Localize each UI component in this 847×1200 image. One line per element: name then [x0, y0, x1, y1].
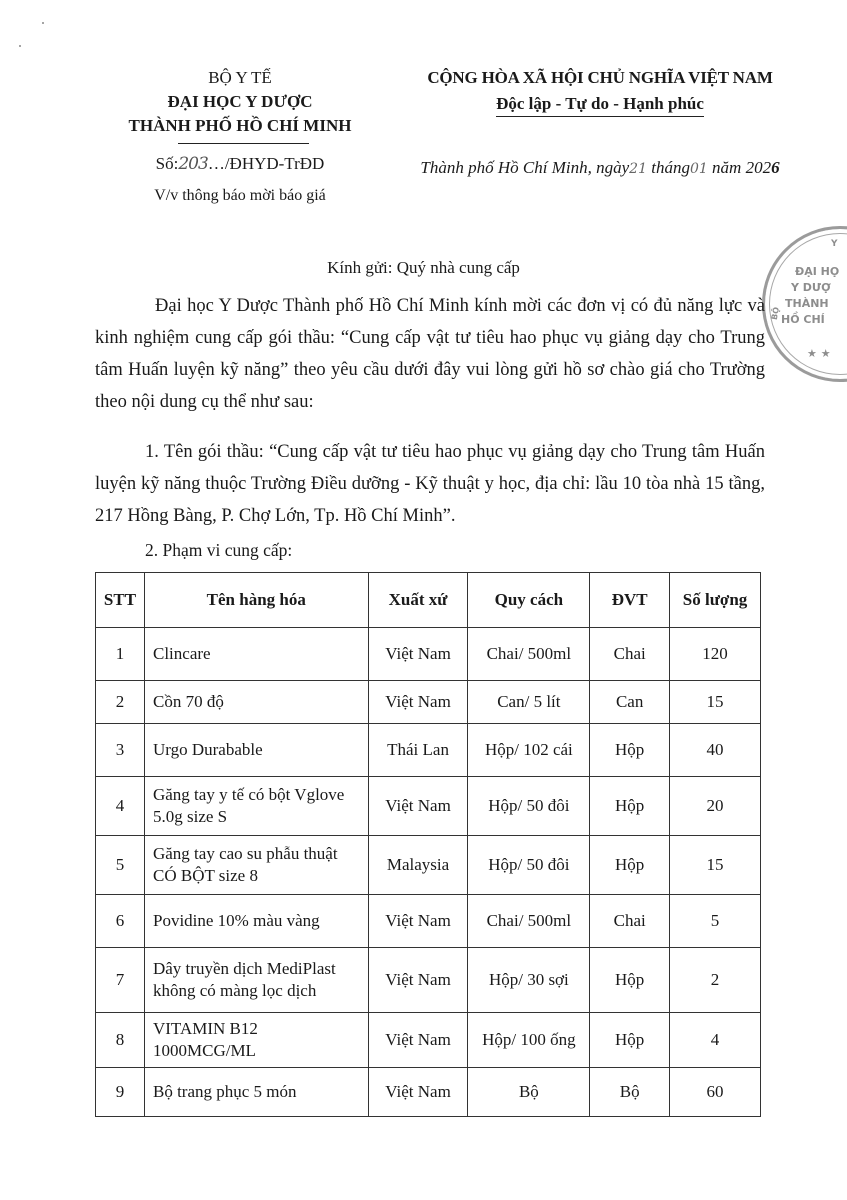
cell-unit: Bộ	[590, 1068, 670, 1117]
cell-stt: 9	[96, 1068, 145, 1117]
cell-origin: Việt Nam	[368, 628, 468, 681]
cell-origin: Việt Nam	[368, 1013, 468, 1068]
document-subject: V/v thông báo mời báo giá	[110, 187, 370, 205]
document-number-prefix: Số:	[156, 154, 179, 173]
intro-paragraph: Đại học Y Dược Thành phố Hồ Chí Minh kín…	[95, 290, 765, 418]
cell-quantity: 15	[670, 836, 761, 895]
cell-quantity: 20	[670, 777, 761, 836]
cell-origin: Việt Nam	[368, 681, 468, 724]
table-row: 3Urgo DurabableThái LanHộp/ 102 cáiHộp40	[96, 724, 761, 777]
cell-origin: Việt Nam	[368, 948, 468, 1013]
table-row: 4Găng tay y tế có bột Vglove 5.0g size S…	[96, 777, 761, 836]
cell-name: Găng tay cao su phẫu thuật CÓ BỘT size 8	[144, 836, 368, 895]
cell-spec: Chai/ 500ml	[468, 895, 590, 948]
header-name: Tên hàng hóa	[144, 573, 368, 628]
header-stt: STT	[96, 573, 145, 628]
date-day-handwritten: 21	[629, 161, 647, 177]
document-date: Thành phố Hồ Chí Minh, ngày21 tháng01 nă…	[410, 158, 790, 178]
cell-unit: Hộp	[590, 724, 670, 777]
table-row: 5Găng tay cao su phẫu thuật CÓ BỘT size …	[96, 836, 761, 895]
cell-quantity: 40	[670, 724, 761, 777]
goods-table: STT Tên hàng hóa Xuất xứ Quy cách ĐVT Số…	[95, 572, 761, 1117]
cell-name: Găng tay y tế có bột Vglove 5.0g size S	[144, 777, 368, 836]
cell-spec: Hộp/ 30 sợi	[468, 948, 590, 1013]
table-row: 1ClincareViệt NamChai/ 500mlChai120	[96, 628, 761, 681]
package-name-paragraph: 1. Tên gói thầu: “Cung cấp vật tư tiêu h…	[95, 436, 765, 532]
cell-origin: Việt Nam	[368, 895, 468, 948]
date-month-handwritten: 01	[690, 161, 708, 177]
date-year-last-digit: 6	[771, 158, 780, 177]
stamp-text-top: Y	[831, 239, 838, 249]
cell-spec: Bộ	[468, 1068, 590, 1117]
cell-name: Cồn 70 độ	[144, 681, 368, 724]
cell-origin: Việt Nam	[368, 1068, 468, 1117]
cell-quantity: 5	[670, 895, 761, 948]
header-left-divider	[178, 143, 309, 144]
official-seal-stamp: Y ĐẠI HỌ Y DƯỢ THÀNH HỒ CHÍ BỘ ★ ★	[762, 226, 847, 382]
cell-spec: Hộp/ 102 cái	[468, 724, 590, 777]
cell-name: Povidine 10% màu vàng	[144, 895, 368, 948]
header-unit: ĐVT	[590, 573, 670, 628]
cell-name: Urgo Durabable	[144, 724, 368, 777]
document-number-suffix: …/ĐHYD-TrĐD	[208, 154, 325, 173]
stamp-star-icon: ★ ★	[807, 347, 831, 360]
table-row: 9Bộ trang phục 5 mónViệt NamBộBộ60	[96, 1068, 761, 1117]
cell-quantity: 120	[670, 628, 761, 681]
cell-stt: 4	[96, 777, 145, 836]
cell-stt: 2	[96, 681, 145, 724]
date-prefix: Thành phố Hồ Chí Minh, ngày	[420, 158, 629, 177]
ministry-name: BỘ Y TẾ	[110, 68, 370, 88]
stamp-text-side: BỘ	[770, 306, 781, 320]
table-row: 8VITAMIN B12 1000MCG/MLViệt NamHộp/ 100 …	[96, 1013, 761, 1068]
date-month-label: tháng	[647, 158, 690, 177]
cell-unit: Hộp	[590, 836, 670, 895]
university-name-line2: THÀNH PHỐ HỒ CHÍ MINH	[110, 116, 370, 136]
date-year-label: năm 202	[708, 158, 771, 177]
scan-speck	[19, 45, 21, 47]
cell-stt: 6	[96, 895, 145, 948]
national-motto: Độc lập - Tự do - Hạnh phúc	[405, 94, 795, 117]
cell-stt: 8	[96, 1013, 145, 1068]
cell-unit: Hộp	[590, 1013, 670, 1068]
table-row: 7Dây truyền dịch MediPlast không có màng…	[96, 948, 761, 1013]
cell-spec: Hộp/ 50 đôi	[468, 777, 590, 836]
cell-unit: Hộp	[590, 948, 670, 1013]
document-number: Số:203…/ĐHYD-TrĐD	[110, 154, 370, 174]
stamp-text-line4: HỒ CHÍ	[781, 313, 825, 326]
cell-name: Bộ trang phục 5 món	[144, 1068, 368, 1117]
cell-name: VITAMIN B12 1000MCG/ML	[144, 1013, 368, 1068]
cell-stt: 1	[96, 628, 145, 681]
cell-unit: Chai	[590, 895, 670, 948]
university-name-line1: ĐẠI HỌC Y DƯỢC	[110, 92, 370, 112]
cell-unit: Can	[590, 681, 670, 724]
salutation: Kính gửi: Quý nhà cung cấp	[0, 258, 847, 278]
header-origin: Xuất xứ	[368, 573, 468, 628]
cell-origin: Việt Nam	[368, 777, 468, 836]
cell-quantity: 15	[670, 681, 761, 724]
cell-spec: Can/ 5 lít	[468, 681, 590, 724]
cell-spec: Hộp/ 100 ống	[468, 1013, 590, 1068]
table-row: 6Povidine 10% màu vàngViệt NamChai/ 500m…	[96, 895, 761, 948]
header-quantity: Số lượng	[670, 573, 761, 628]
table-row: 2Cồn 70 độViệt NamCan/ 5 lítCan15	[96, 681, 761, 724]
scan-speck	[42, 22, 44, 24]
cell-name: Dây truyền dịch MediPlast không có màng …	[144, 948, 368, 1013]
scope-heading: 2. Phạm vi cung cấp:	[145, 538, 815, 562]
national-motto-text: Độc lập - Tự do - Hạnh phúc	[496, 94, 704, 117]
header-spec: Quy cách	[468, 573, 590, 628]
cell-spec: Chai/ 500ml	[468, 628, 590, 681]
cell-stt: 3	[96, 724, 145, 777]
cell-origin: Thái Lan	[368, 724, 468, 777]
cell-spec: Hộp/ 50 đôi	[468, 836, 590, 895]
cell-stt: 5	[96, 836, 145, 895]
cell-name: Clincare	[144, 628, 368, 681]
table-header-row: STT Tên hàng hóa Xuất xứ Quy cách ĐVT Số…	[96, 573, 761, 628]
stamp-text-line3: THÀNH	[785, 297, 829, 310]
cell-unit: Chai	[590, 628, 670, 681]
national-title: CỘNG HÒA XÃ HỘI CHỦ NGHĨA VIỆT NAM	[405, 68, 795, 88]
stamp-text-line2: Y DƯỢ	[791, 281, 831, 294]
cell-stt: 7	[96, 948, 145, 1013]
cell-quantity: 4	[670, 1013, 761, 1068]
cell-quantity: 60	[670, 1068, 761, 1117]
cell-unit: Hộp	[590, 777, 670, 836]
cell-origin: Malaysia	[368, 836, 468, 895]
document-number-handwritten: 203	[178, 154, 207, 174]
cell-quantity: 2	[670, 948, 761, 1013]
